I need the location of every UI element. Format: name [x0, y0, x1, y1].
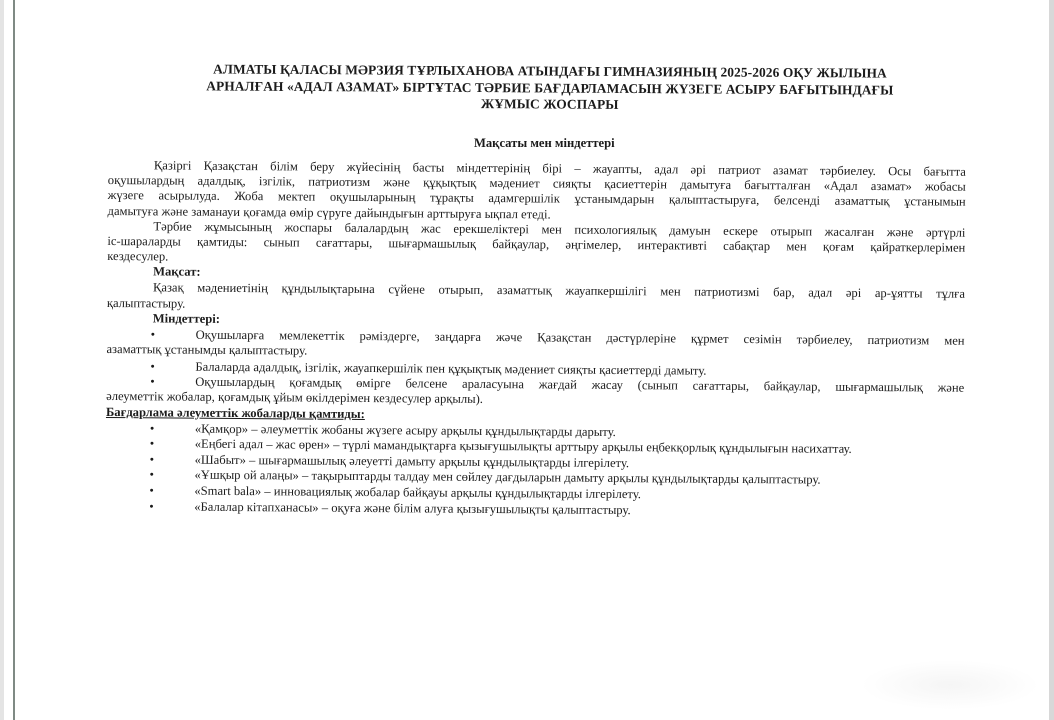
- document-page: АЛМАТЫ ҚАЛАСЫ МӘРЗИЯ ТҰРЛЫХАНОВА АТЫНДАҒ…: [0, 0, 1054, 720]
- bullet-icon: •: [149, 483, 154, 498]
- plan-paragraph: Тәрбие жұмысының жоспары балалардың жас …: [107, 219, 965, 271]
- bullet-icon: •: [150, 421, 155, 436]
- document-body: Қазіргі Қазақстан білім беру жүйесінің б…: [105, 158, 966, 521]
- scanned-document-viewport: АЛМАТЫ ҚАЛАСЫ МӘРЗИЯ ТҰРЛЫХАНОВА АТЫНДАҒ…: [0, 0, 1054, 720]
- bullet-icon: •: [150, 359, 155, 374]
- document-title: АЛМАТЫ ҚАЛАСЫ МӘРЗИЯ ТҰРЛЫХАНОВА АТЫНДАҒ…: [140, 61, 960, 116]
- section-subtitle: Мақсаты мен міндеттері: [474, 136, 615, 151]
- bullet-icon: •: [150, 452, 155, 467]
- tasks-list: • Оқушыларға мемлекеттік рәміздерге, заң…: [106, 327, 965, 412]
- bullet-icon: •: [150, 437, 155, 452]
- projects-list: • «Қамқор» – әлеуметтік жобаны жүзеге ас…: [105, 421, 964, 521]
- bullet-icon: •: [150, 375, 155, 390]
- intro-paragraph: Қазіргі Қазақстан білім беру жүйесінің б…: [108, 158, 966, 225]
- bullet-icon: •: [151, 327, 156, 342]
- bullet-icon: •: [149, 468, 154, 483]
- bullet-icon: •: [149, 499, 154, 514]
- project-text: «Балалар кітапханасы» – оқуға және білім…: [194, 499, 630, 518]
